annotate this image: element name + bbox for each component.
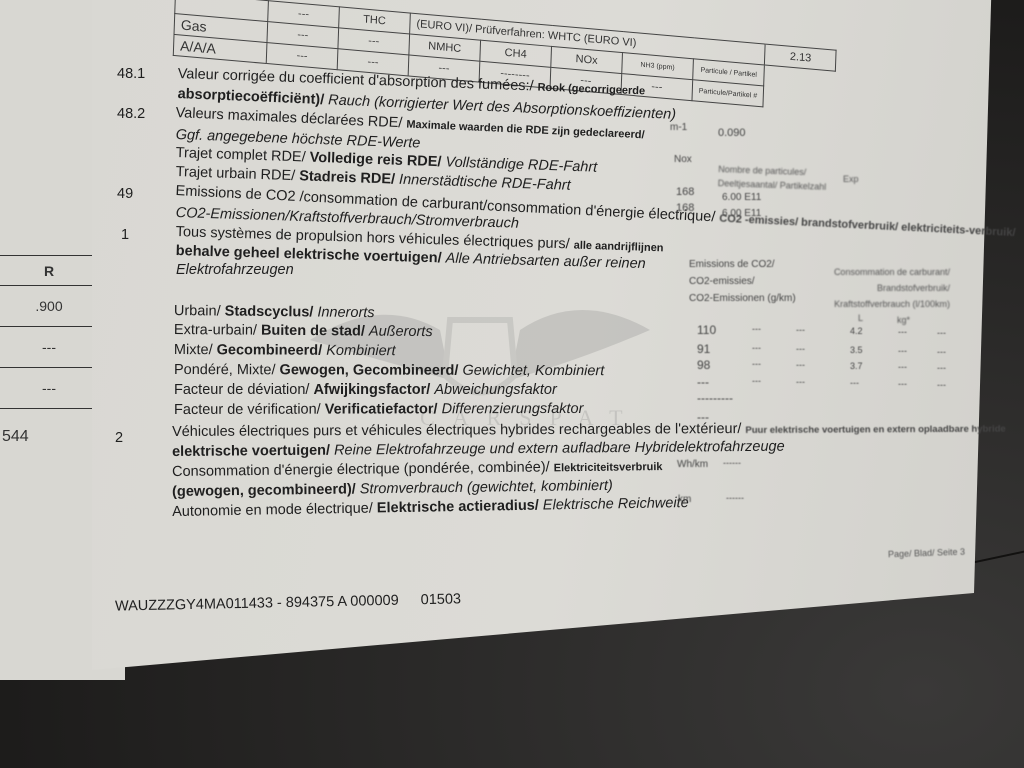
emission-value: --- bbox=[850, 378, 859, 388]
emission-row-label: Facteur de vérification/ Verificatiefact… bbox=[174, 401, 583, 418]
section-number: 1 bbox=[121, 227, 129, 243]
rde-nox-1: 168 bbox=[676, 186, 694, 198]
item-number: 48.2 bbox=[117, 106, 145, 122]
left-page-value: 544 bbox=[2, 428, 29, 446]
emission-value: --- bbox=[937, 347, 946, 357]
emission-value: 98 bbox=[697, 358, 710, 372]
emission-value: --- bbox=[752, 376, 761, 386]
co2-header: Emissions de CO2/CO2-emissies/CO2-Emissi… bbox=[689, 256, 796, 307]
fuel-header: Consommation de carburant/Brandstofverbr… bbox=[822, 264, 950, 312]
emission-value: --- bbox=[898, 346, 907, 356]
emission-value: --- bbox=[937, 363, 946, 373]
emission-value: --------- bbox=[697, 391, 733, 405]
table-cell: 2.13 bbox=[765, 44, 837, 71]
emission-value: --- bbox=[752, 343, 761, 353]
emission-row-label: Urbain/ Stadscyclus/ Innerorts bbox=[174, 303, 375, 321]
emission-value: --- bbox=[796, 360, 805, 370]
emission-value: --- bbox=[752, 324, 761, 334]
emission-value: --- bbox=[898, 362, 907, 372]
emission-value: --- bbox=[752, 359, 761, 369]
emission-value: --- bbox=[937, 380, 946, 390]
emission-value: --- bbox=[937, 328, 946, 338]
emission-row-label: Extra-urbain/ Buiten de stad/ Außerorts bbox=[174, 322, 433, 340]
emission-value: 4.2 bbox=[850, 326, 863, 336]
emission-value: --- bbox=[796, 377, 805, 387]
smoke-unit: m-1 bbox=[670, 122, 687, 133]
range-value: ------ bbox=[726, 493, 744, 503]
rde-particles-1: 6.00 E11 bbox=[722, 192, 761, 203]
emission-value: 110 bbox=[697, 323, 716, 337]
emission-value: --- bbox=[697, 375, 709, 389]
emission-value: --- bbox=[898, 327, 907, 337]
fuel-unit-l: L bbox=[858, 313, 863, 323]
item-number: 49 bbox=[117, 186, 133, 202]
emission-row-label: Mixte/ Gecombineerd/ Kombiniert bbox=[174, 342, 396, 359]
nox-label: Nox bbox=[674, 154, 692, 165]
item-number: 48.1 bbox=[117, 66, 145, 82]
consumption-unit: Wh/km bbox=[677, 459, 708, 470]
emission-row-label: Facteur de déviation/ Afwijkingsfactor/ … bbox=[174, 382, 557, 398]
exp-label: Exp bbox=[843, 174, 859, 184]
emission-value: --- bbox=[796, 344, 805, 354]
emission-value: --- bbox=[898, 379, 907, 389]
emission-value: 3.7 bbox=[850, 361, 863, 371]
range-unit: km bbox=[678, 494, 691, 505]
section1-title-line3: Elektrofahrzeugen bbox=[176, 262, 294, 278]
smoke-value: 0.090 bbox=[718, 127, 746, 139]
emission-value: --- bbox=[796, 325, 805, 335]
emission-row-label: Pondéré, Mixte/ Gewogen, Gecombineerd/ G… bbox=[174, 362, 604, 379]
emission-value: 91 bbox=[697, 342, 710, 356]
particles-label: Nombre de particules/ Deeltjesaantal/ Pa… bbox=[718, 162, 829, 194]
consumption-value: ------ bbox=[723, 458, 741, 468]
emission-value: 3.5 bbox=[850, 345, 863, 355]
section-number: 2 bbox=[115, 430, 123, 446]
fuel-unit-kg: kg* bbox=[897, 315, 910, 325]
